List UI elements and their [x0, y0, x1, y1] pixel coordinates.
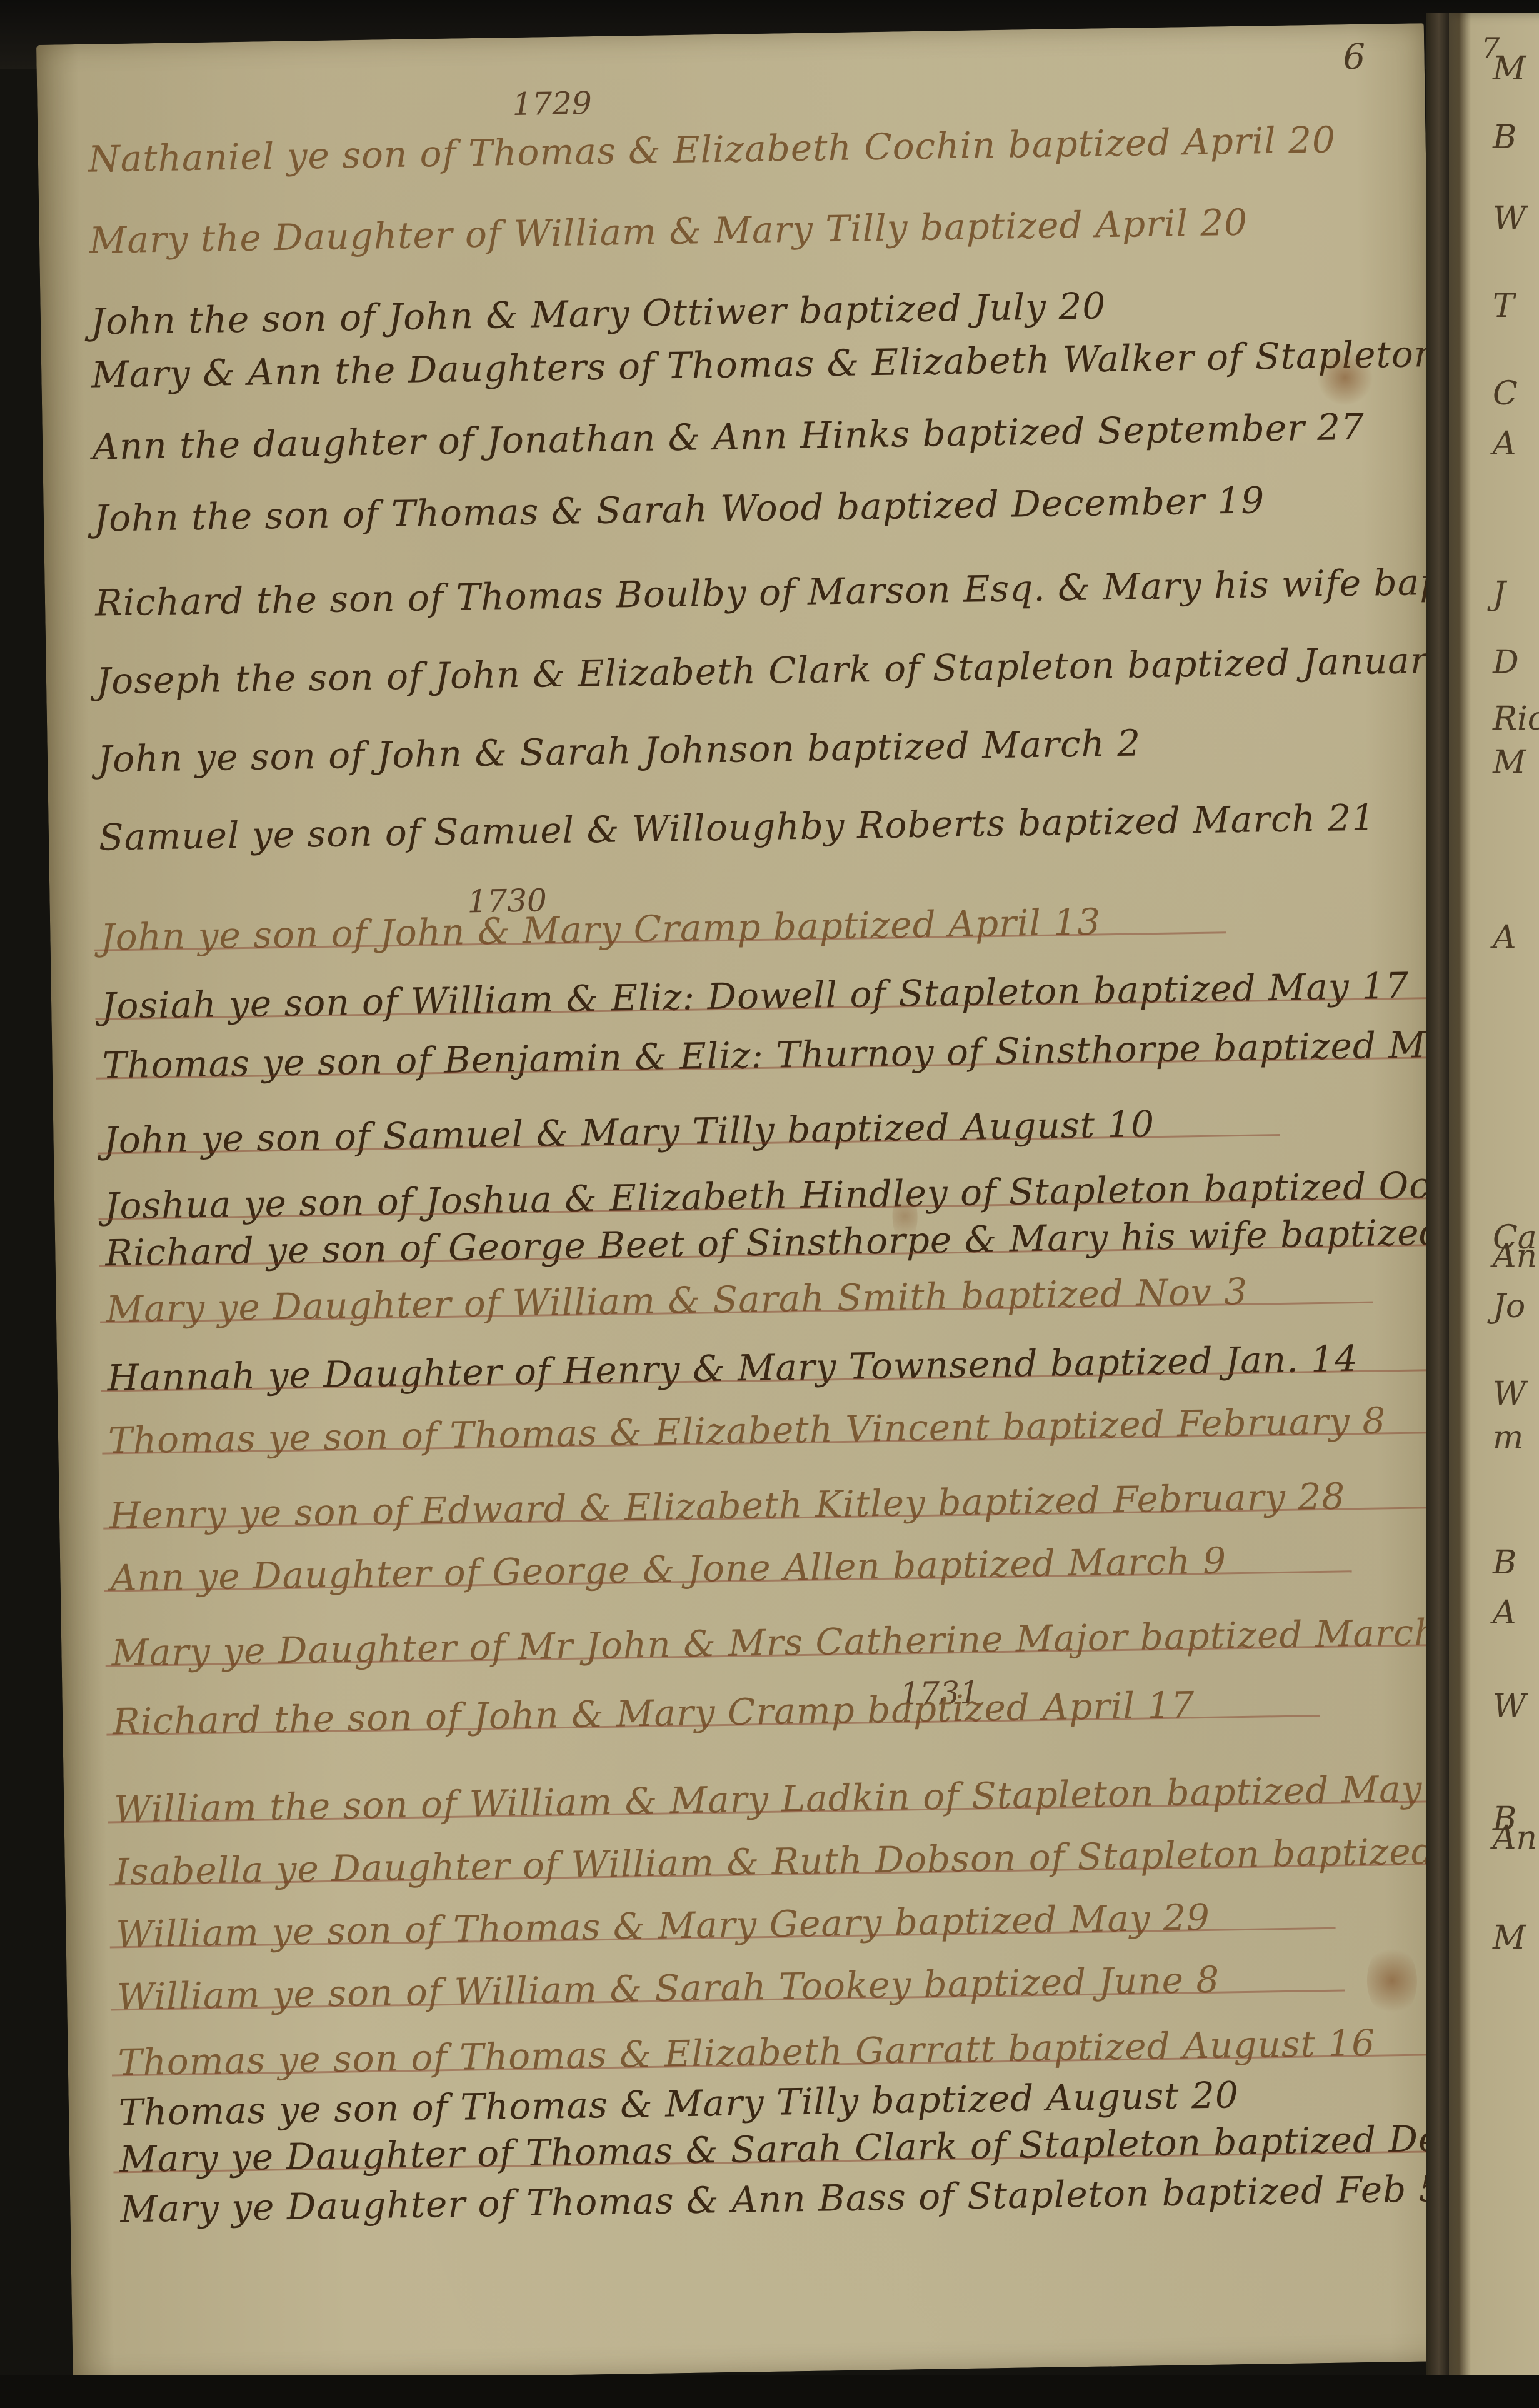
baptism-entry: Isabella ye Daughter of William & Ruth D…	[114, 1827, 1539, 1893]
water-stain	[1366, 1943, 1418, 2019]
right-page-fragment: Ric	[1493, 700, 1539, 738]
backdrop-bottom	[0, 2375, 1539, 2408]
right-page-fragment: A	[1493, 425, 1516, 463]
baptism-entry: Richard the son of John & Mary Cramp bap…	[113, 1683, 1195, 1743]
baptism-entry: Mary the Daughter of William & Mary Till…	[89, 201, 1248, 262]
baptism-entry: William the son of William & Mary Ladkin…	[114, 1767, 1458, 1831]
baptism-entry: Mary ye Daughter of Mr John & Mrs Cather…	[111, 1610, 1498, 1675]
baptism-entry: Henry ye son of Edward & Elizabeth Kitle…	[109, 1475, 1345, 1537]
baptism-entry: Richard the son of Thomas Boulby of Mars…	[94, 554, 1539, 624]
right-page-fragment: C	[1493, 375, 1518, 413]
baptism-entry: William ye son of William & Sarah Tookey…	[117, 1959, 1220, 2019]
baptism-entry: Thomas ye son of Benjamin & Eliz: Thurno…	[102, 1022, 1530, 1087]
baptism-entry: John ye son of Samuel & Mary Tilly bapti…	[103, 1103, 1155, 1161]
book-gutter	[1426, 13, 1451, 2388]
baptism-entry: Thomas ye son of Thomas & Elizabeth Vinc…	[108, 1399, 1386, 1462]
baptism-entry: Joseph the son of John & Elizabeth Clark…	[96, 638, 1508, 702]
baptism-entry: John ye son of John & Sarah Johnson bapt…	[97, 721, 1141, 780]
right-page-fragment: M	[1493, 50, 1526, 88]
right-page-fragment: W	[1493, 1375, 1526, 1413]
year-heading: 1729	[512, 85, 592, 123]
baptism-entry: Ann ye Daughter of George & Jone Allen b…	[110, 1539, 1227, 1599]
right-page-fragment: An	[1493, 1819, 1537, 1857]
baptism-entry: Mary ye Daughter of William & Sarah Smit…	[106, 1270, 1248, 1331]
baptism-entry: Samuel ye son of Samuel & Willoughby Rob…	[98, 796, 1375, 859]
right-page-fragment: W	[1493, 200, 1526, 238]
right-page-fragment: m	[1493, 1419, 1523, 1457]
right-page-fragment: J	[1493, 575, 1506, 613]
right-page-fragment: An	[1493, 1238, 1537, 1275]
right-page-fragment: M	[1493, 1919, 1526, 1957]
baptism-entry: John the son of John & Mary Ottiwer bapt…	[90, 284, 1106, 343]
register-page-left: 6 172917301731 Nathaniel ye son of Thoma…	[36, 23, 1460, 2382]
right-page-fragment: B	[1493, 119, 1516, 156]
ink-stain	[1316, 349, 1373, 406]
right-page-fragment: D	[1493, 644, 1519, 681]
baptism-entry: Hannah ye Daughter of Henry & Mary Towns…	[107, 1337, 1358, 1399]
right-page-fragment: M	[1493, 744, 1526, 781]
right-page-fragment: T	[1493, 288, 1515, 325]
baptism-entry: Nathaniel ye son of Thomas & Elizabeth C…	[88, 118, 1336, 180]
page-number-left: 6	[1343, 37, 1366, 78]
baptism-entry: John the son of Thomas & Sarah Wood bapt…	[93, 479, 1265, 539]
baptism-entry: William ye son of Thomas & Mary Geary ba…	[116, 1896, 1210, 1955]
baptism-entry: John ye son of John & Mary Cramp baptize…	[100, 900, 1101, 958]
right-page-fragment: B	[1493, 1544, 1516, 1582]
right-page-fragment: A	[1493, 1594, 1516, 1632]
baptism-entry: Josiah ye son of William & Eliz: Dowell …	[101, 965, 1410, 1028]
right-page-fragment: W	[1493, 1688, 1526, 1725]
right-page-fragment: A	[1493, 919, 1516, 956]
right-page-fragment: Jo	[1493, 1288, 1525, 1325]
register-page-right: 7 MBWTCAJDRicMACaAnJoWmBAWBAnM	[1449, 13, 1539, 2388]
baptism-entry: Ann the daughter of Jonathan & Ann Hinks…	[93, 406, 1365, 468]
